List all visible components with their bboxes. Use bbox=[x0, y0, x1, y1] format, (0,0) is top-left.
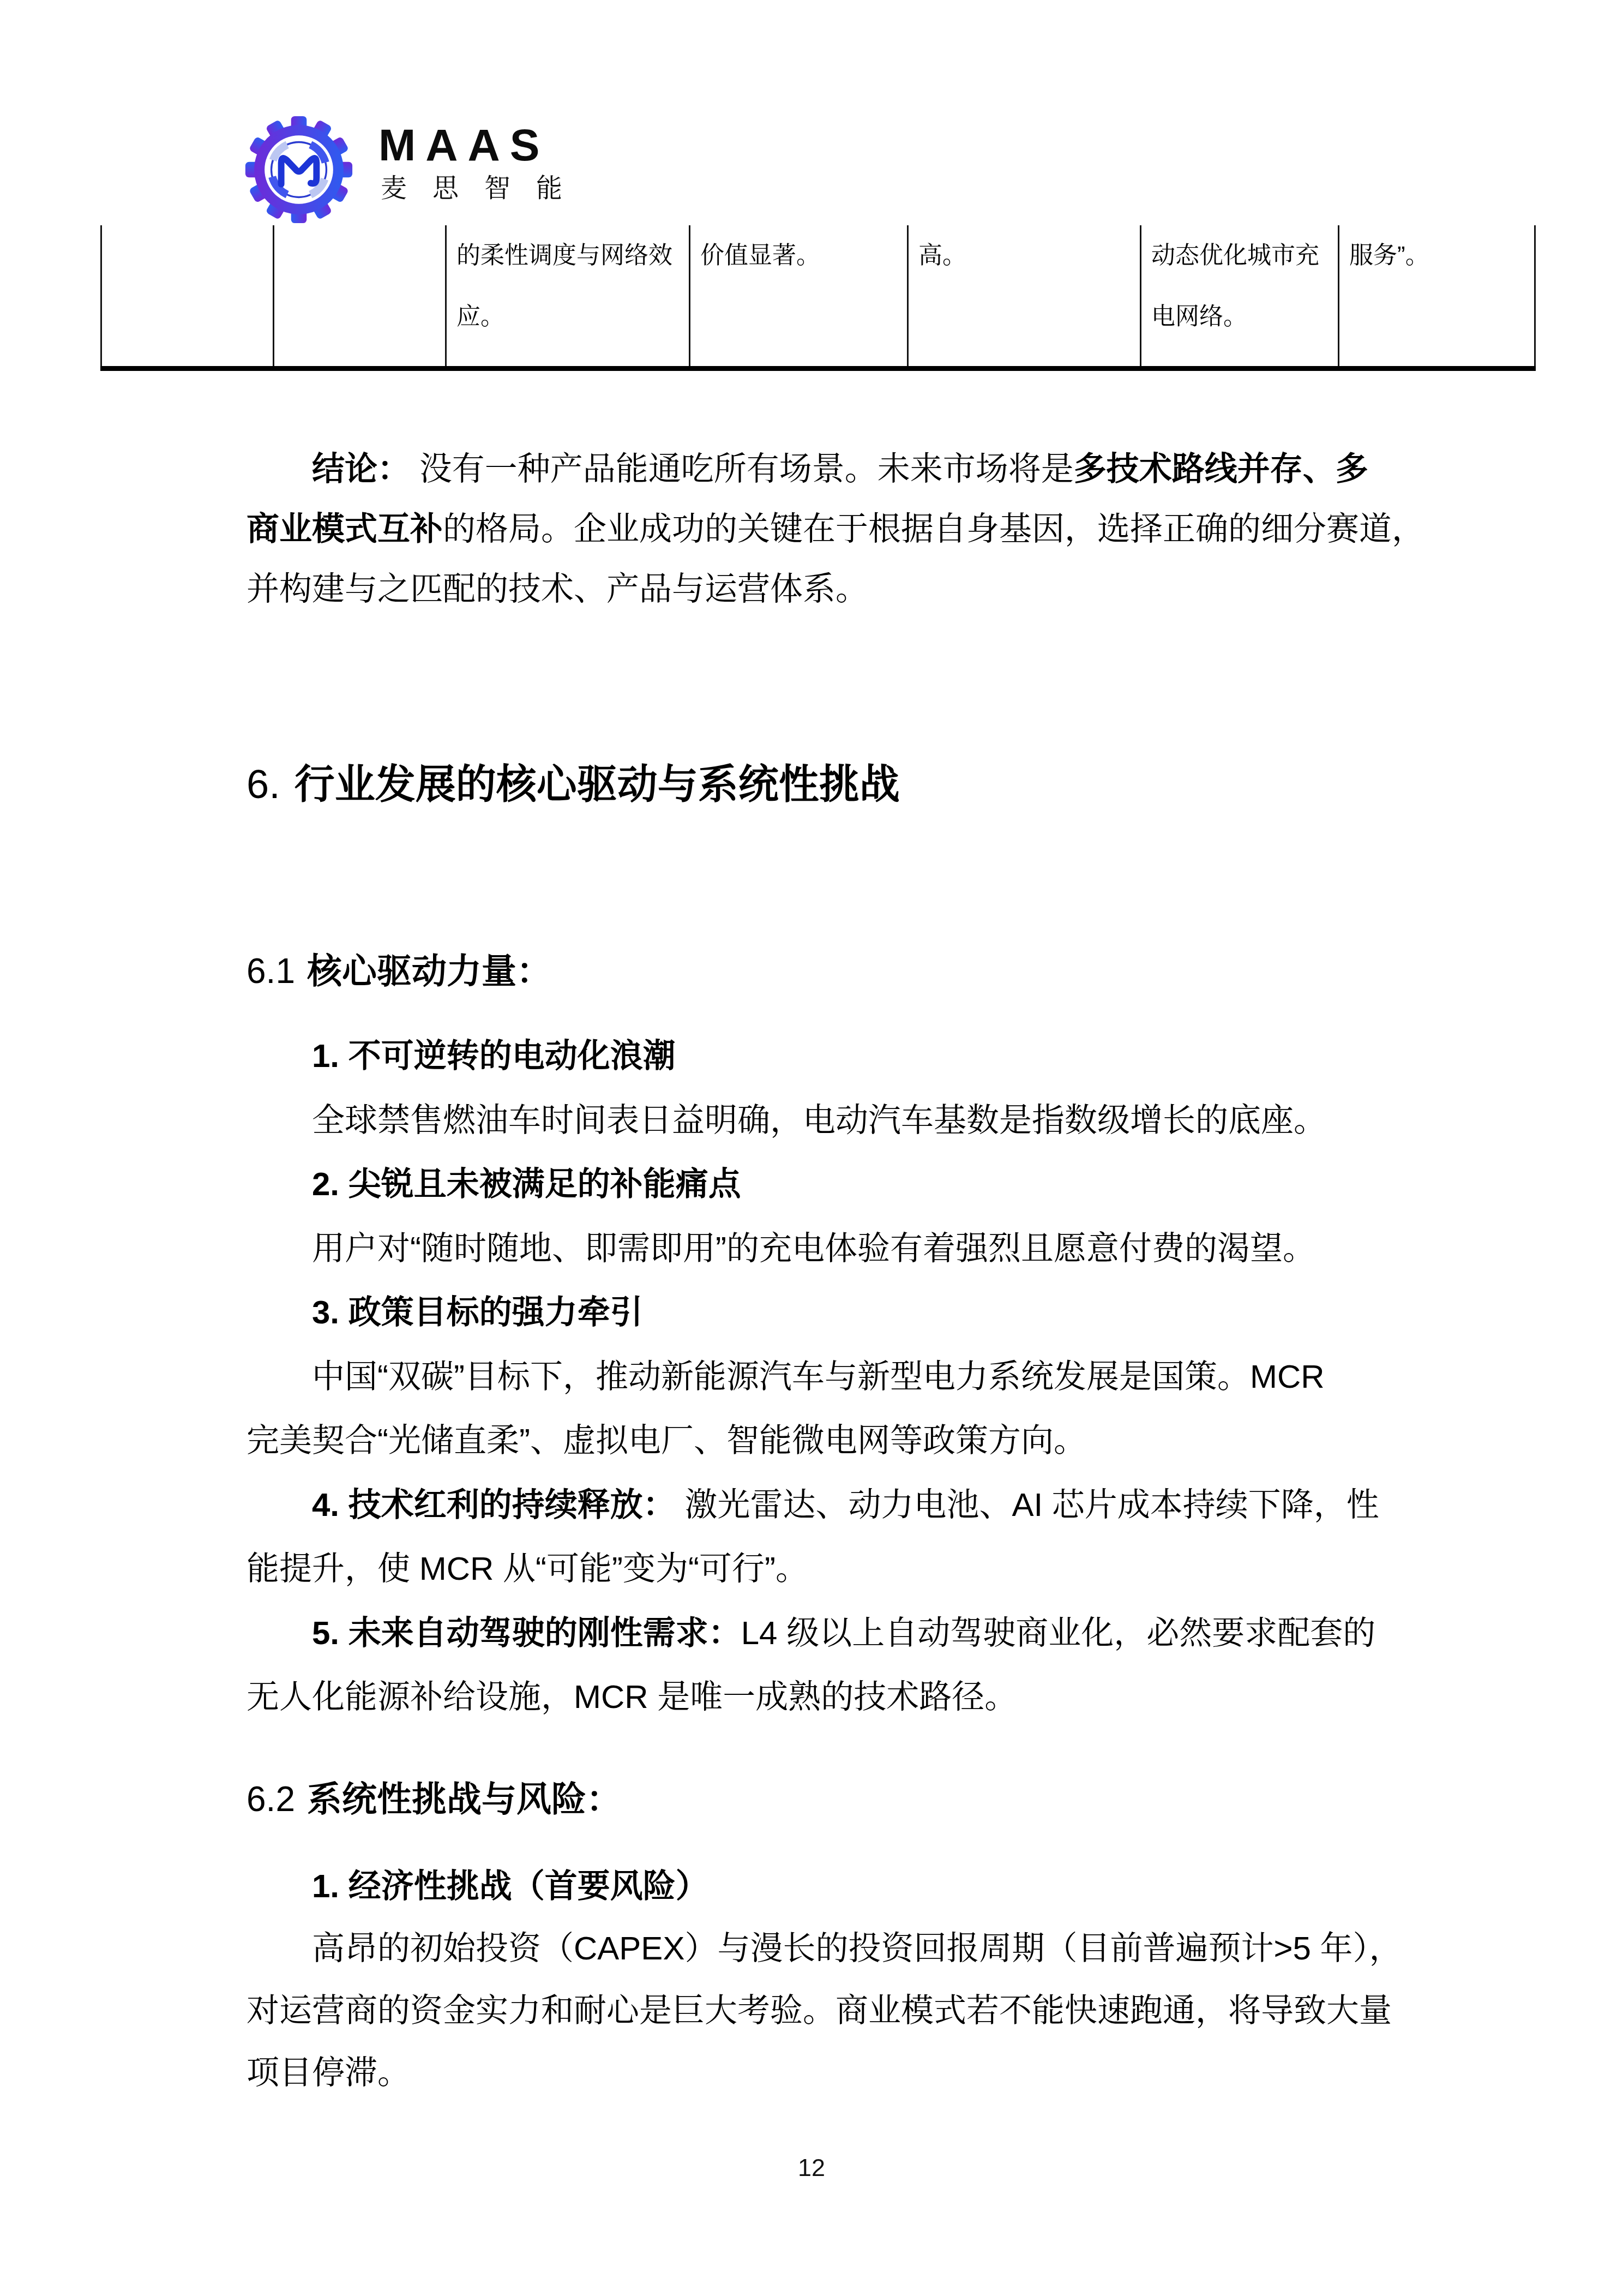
bold-text: 1. 不可逆转的电动化浪潮 bbox=[312, 1038, 676, 1074]
heading-title: 系统性挑战与风险： bbox=[307, 1779, 621, 1819]
bold-text: 多技术路线并存、多 bbox=[1074, 451, 1368, 487]
list-item: 1. 经济性挑战（首要风险） bbox=[247, 1855, 1381, 1917]
table-cell: 的柔性调度与网络效应。 bbox=[445, 225, 689, 366]
table-cell: 服务”。 bbox=[1338, 225, 1536, 366]
core-drivers-list: 1. 不可逆转的电动化浪潮 全球禁售燃油车时间表日益明确，电动汽车基数是指数级增… bbox=[247, 1024, 1381, 1729]
table-cell: 高。 bbox=[907, 225, 1140, 366]
section-6-heading: 6.行业发展的核心驱动与系统性挑战 bbox=[247, 754, 1381, 814]
body-line: 高昂的初始投资（CAPEX）与漫长的投资回报周期（目前普遍预计>5 年）， bbox=[247, 1917, 1381, 1980]
body-text: 对运营商的资金实力和耐心是巨大考验。商业模式若不能快速跑通，将导致大量 bbox=[247, 1992, 1392, 2029]
list-item: 3. 政策目标的强力牵引 bbox=[247, 1280, 1381, 1345]
body-text: 的格局。企业成功的关键在于根据自身基因，选择正确的细分赛道， bbox=[443, 511, 1424, 547]
body-line: 全球禁售燃油车时间表日益明确，电动汽车基数是指数级增长的底座。 bbox=[247, 1088, 1381, 1153]
table-cell bbox=[100, 225, 273, 366]
heading-title: 行业发展的核心驱动与系统性挑战 bbox=[294, 762, 900, 807]
body-text: L4 级以上自动驾驶商业化，必然要求配套的 bbox=[741, 1615, 1375, 1651]
paragraph-line: 并构建与之匹配的技术、产品与运营体系。 bbox=[247, 559, 1381, 619]
heading-number: 6.1 bbox=[247, 951, 295, 991]
body-text: 能提升，使 MCR 从“可能”变为“可行”。 bbox=[247, 1550, 808, 1587]
bold-text: 2. 尖锐且未被满足的补能痛点 bbox=[312, 1166, 741, 1202]
list-item: 2. 尖锐且未被满足的补能痛点 bbox=[247, 1152, 1381, 1216]
paragraph-line: 结论： 没有一种产品能通吃所有场景。未来市场将是多技术路线并存、多 bbox=[247, 439, 1381, 499]
body-text: 全球禁售燃油车时间表日益明确，电动汽车基数是指数级增长的底座。 bbox=[312, 1102, 1326, 1138]
body-line: 能提升，使 MCR 从“可能”变为“可行”。 bbox=[247, 1537, 1381, 1601]
list-item: 4. 技术红利的持续释放： 激光雷达、动力电池、AI 芯片成本持续下降，性 bbox=[247, 1473, 1381, 1537]
conclusion-paragraph: 结论： 没有一种产品能通吃所有场景。未来市场将是多技术路线并存、多 商业模式互补… bbox=[247, 439, 1381, 619]
bold-text: 结论： bbox=[312, 451, 410, 487]
body-line: 项目停滞。 bbox=[247, 2042, 1381, 2104]
list-item: 1. 不可逆转的电动化浪潮 bbox=[247, 1024, 1381, 1088]
heading-number: 6.2 bbox=[247, 1779, 295, 1819]
body-line: 无人化能源补给设施，MCR 是唯一成熟的技术路径。 bbox=[247, 1665, 1381, 1729]
company-logo: MAAS 麦思智能 bbox=[244, 116, 572, 225]
body-line: 对运营商的资金实力和耐心是巨大考验。商业模式若不能快速跑通，将导致大量 bbox=[247, 1980, 1381, 2042]
body-line: 用户对“随时随地、即需即用”的充电体验有着强烈且愿意付费的渴望。 bbox=[247, 1216, 1381, 1281]
body-text: 项目停滞。 bbox=[247, 2054, 410, 2091]
bold-text: 5. 未来自动驾驶的刚性需求： bbox=[312, 1615, 741, 1651]
body-text: 并构建与之匹配的技术、产品与运营体系。 bbox=[247, 571, 868, 607]
table-cell: 动态优化城市充电网络。 bbox=[1140, 225, 1338, 366]
bold-text: 4. 技术红利的持续释放： bbox=[312, 1486, 676, 1523]
body-text: 中国“双碳”目标下，推动新能源汽车与新型电力系统发展是国策。MCR bbox=[312, 1358, 1325, 1395]
bold-text: 商业模式互补 bbox=[247, 511, 443, 547]
page-number: 12 bbox=[0, 2154, 1623, 2182]
logo-subtitle: 麦思智能 bbox=[381, 175, 588, 203]
bold-text: 3. 政策目标的强力牵引 bbox=[312, 1294, 643, 1330]
body-text: 完美契合“光储直柔”、虚拟电厂、智能微电网等政策方向。 bbox=[247, 1422, 1086, 1459]
body-text: 无人化能源补给设施，MCR 是唯一成熟的技术路径。 bbox=[247, 1678, 1017, 1715]
paragraph-line: 商业模式互补的格局。企业成功的关键在于根据自身基因，选择正确的细分赛道， bbox=[247, 499, 1381, 559]
logo-wordmark: MAAS bbox=[378, 123, 549, 168]
gear-logo-icon bbox=[244, 116, 353, 224]
body-text: 用户对“随时随地、即需即用”的充电体验有着强烈且愿意付费的渴望。 bbox=[312, 1230, 1315, 1267]
body-line: 完美契合“光储直柔”、虚拟电厂、智能微电网等政策方向。 bbox=[247, 1408, 1381, 1473]
heading-title: 核心驱动力量： bbox=[307, 951, 551, 991]
heading-number: 6. bbox=[247, 762, 280, 807]
table-cell: 价值显著。 bbox=[689, 225, 907, 366]
table-cell bbox=[273, 225, 445, 366]
body-text: 没有一种产品能通吃所有场景。未来市场将是 bbox=[410, 451, 1074, 487]
table-continuation: 的柔性调度与网络效应。 价值显著。 高。 动态优化城市充电网络。 服务”。 bbox=[100, 225, 1536, 371]
section-6-1-heading: 6.1核心驱动力量： bbox=[247, 941, 1381, 1001]
body-text: 激光雷达、动力电池、AI 芯片成本持续下降，性 bbox=[676, 1486, 1379, 1523]
body-line: 中国“双碳”目标下，推动新能源汽车与新型电力系统发展是国策。MCR bbox=[247, 1345, 1381, 1409]
bold-text: 1. 经济性挑战（首要风险） bbox=[312, 1868, 708, 1904]
document-page: MAAS 麦思智能 的柔性调度与网络效应。 价值显著。 高。 动态优化城市充电网… bbox=[0, 0, 1623, 2296]
list-item: 5. 未来自动驾驶的刚性需求：L4 级以上自动驾驶商业化，必然要求配套的 bbox=[247, 1601, 1381, 1665]
body-text: 高昂的初始投资（CAPEX）与漫长的投资回报周期（目前普遍预计>5 年）， bbox=[312, 1930, 1402, 1967]
section-6-2-heading: 6.2系统性挑战与风险： bbox=[247, 1769, 1381, 1829]
risks-list: 1. 经济性挑战（首要风险） 高昂的初始投资（CAPEX）与漫长的投资回报周期（… bbox=[247, 1855, 1381, 2104]
